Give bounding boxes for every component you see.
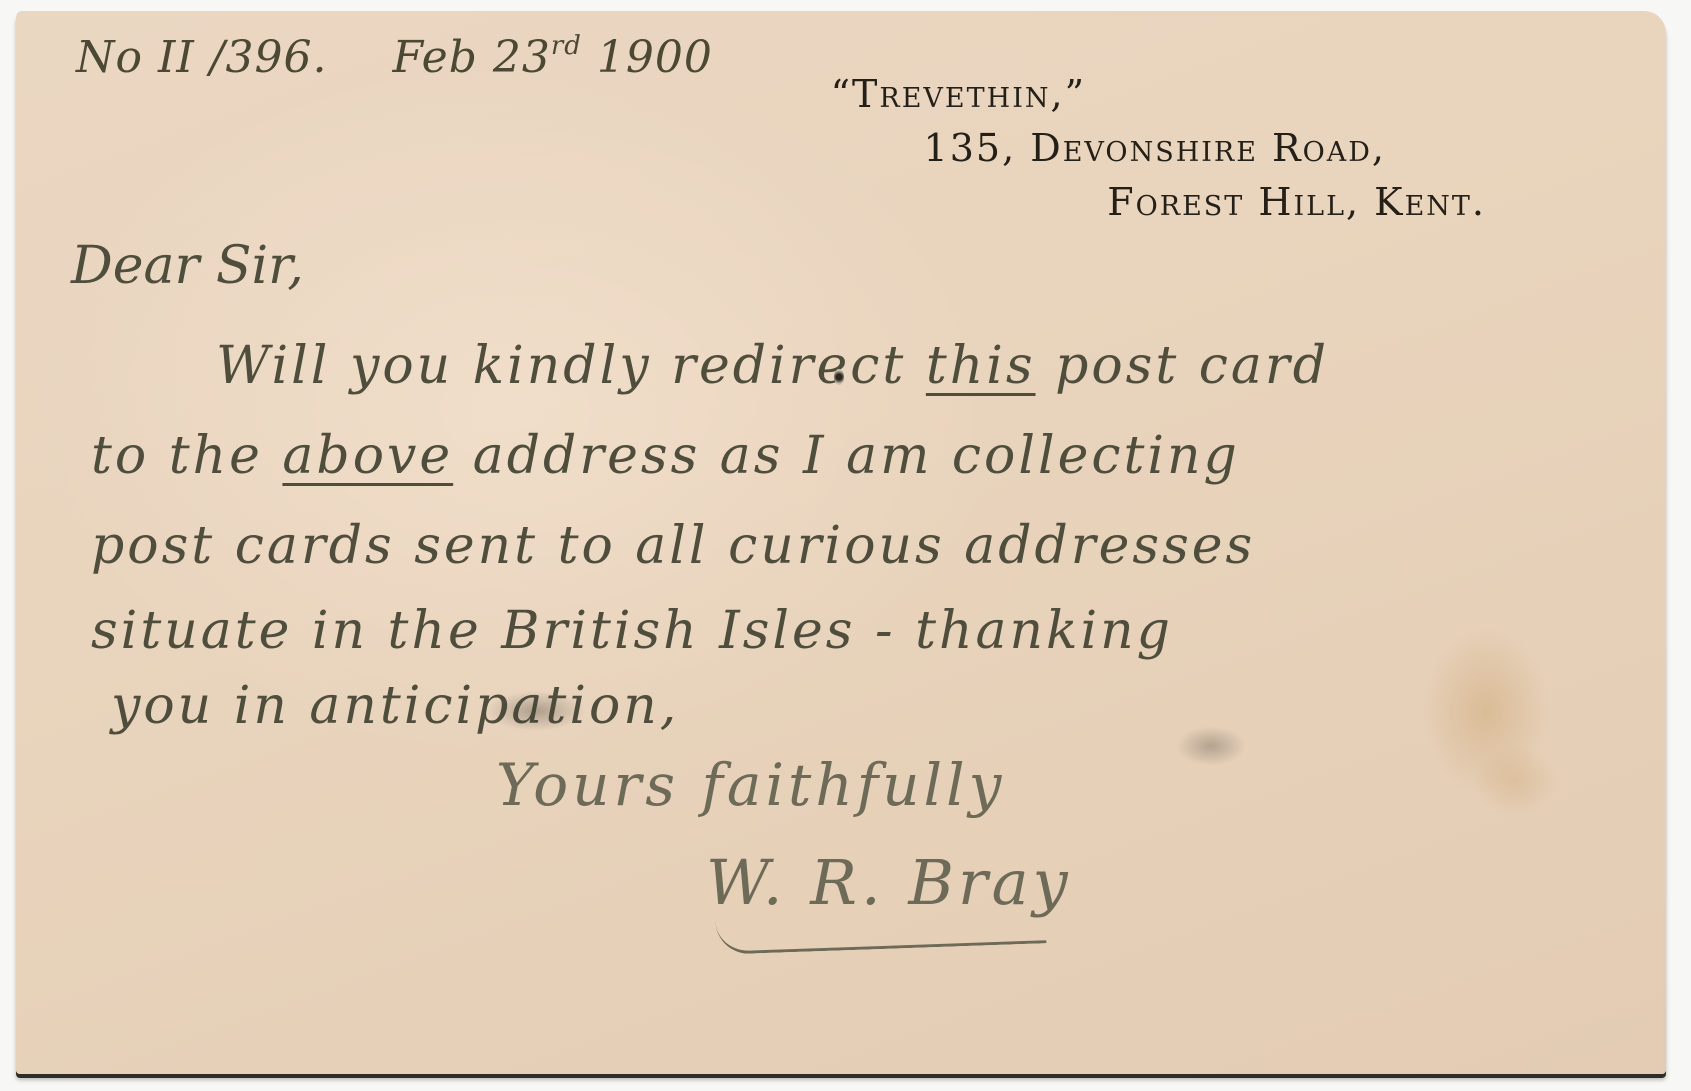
ink-smudge bbox=[486, 691, 586, 731]
body-line-5: you in anticipation, bbox=[111, 676, 679, 736]
body-line-4: situate in the British Isles - thanking bbox=[91, 601, 1173, 661]
ink-smudge bbox=[1176, 726, 1246, 766]
reference-number: No II /396. bbox=[76, 32, 328, 83]
body-text: post card bbox=[1036, 336, 1330, 396]
underlined-word: above bbox=[282, 426, 453, 486]
body-text: Will you kindly redirect bbox=[216, 336, 926, 396]
letterhead-town: Forest Hill, Kent. bbox=[831, 175, 1486, 229]
body-text: to the bbox=[91, 426, 282, 486]
body-line-1: Will you kindly redirect this post card bbox=[216, 336, 1329, 396]
date-ordinal: rd bbox=[551, 31, 582, 61]
body-line-2: to the above address as I am collecting bbox=[91, 426, 1240, 486]
body-text: address as I am collecting bbox=[453, 426, 1240, 486]
letterhead-house-name: “Trevethin,” bbox=[831, 67, 1086, 121]
letterhead-street: 135, Devonshire Road, bbox=[831, 121, 1386, 175]
body-line-3: post cards sent to all curious addresses bbox=[91, 516, 1255, 576]
date-day: Feb 23 bbox=[393, 32, 551, 83]
postcard: No II /396. Feb 23rd 1900 “Trevethin,” 1… bbox=[16, 11, 1666, 1074]
salutation: Dear Sir, bbox=[71, 236, 304, 296]
reference-header: No II /396. Feb 23rd 1900 bbox=[76, 31, 713, 83]
letterhead: “Trevethin,” 135, Devonshire Road, Fores… bbox=[831, 67, 1486, 229]
date-year: 1900 bbox=[597, 32, 713, 83]
underlined-word: this bbox=[926, 336, 1036, 396]
signature: W. R. Bray bbox=[706, 846, 1072, 919]
reference-date: Feb 23rd 1900 bbox=[393, 31, 713, 83]
pinhole-mark bbox=[834, 369, 844, 385]
closing: Yours faithfully bbox=[496, 751, 1005, 819]
